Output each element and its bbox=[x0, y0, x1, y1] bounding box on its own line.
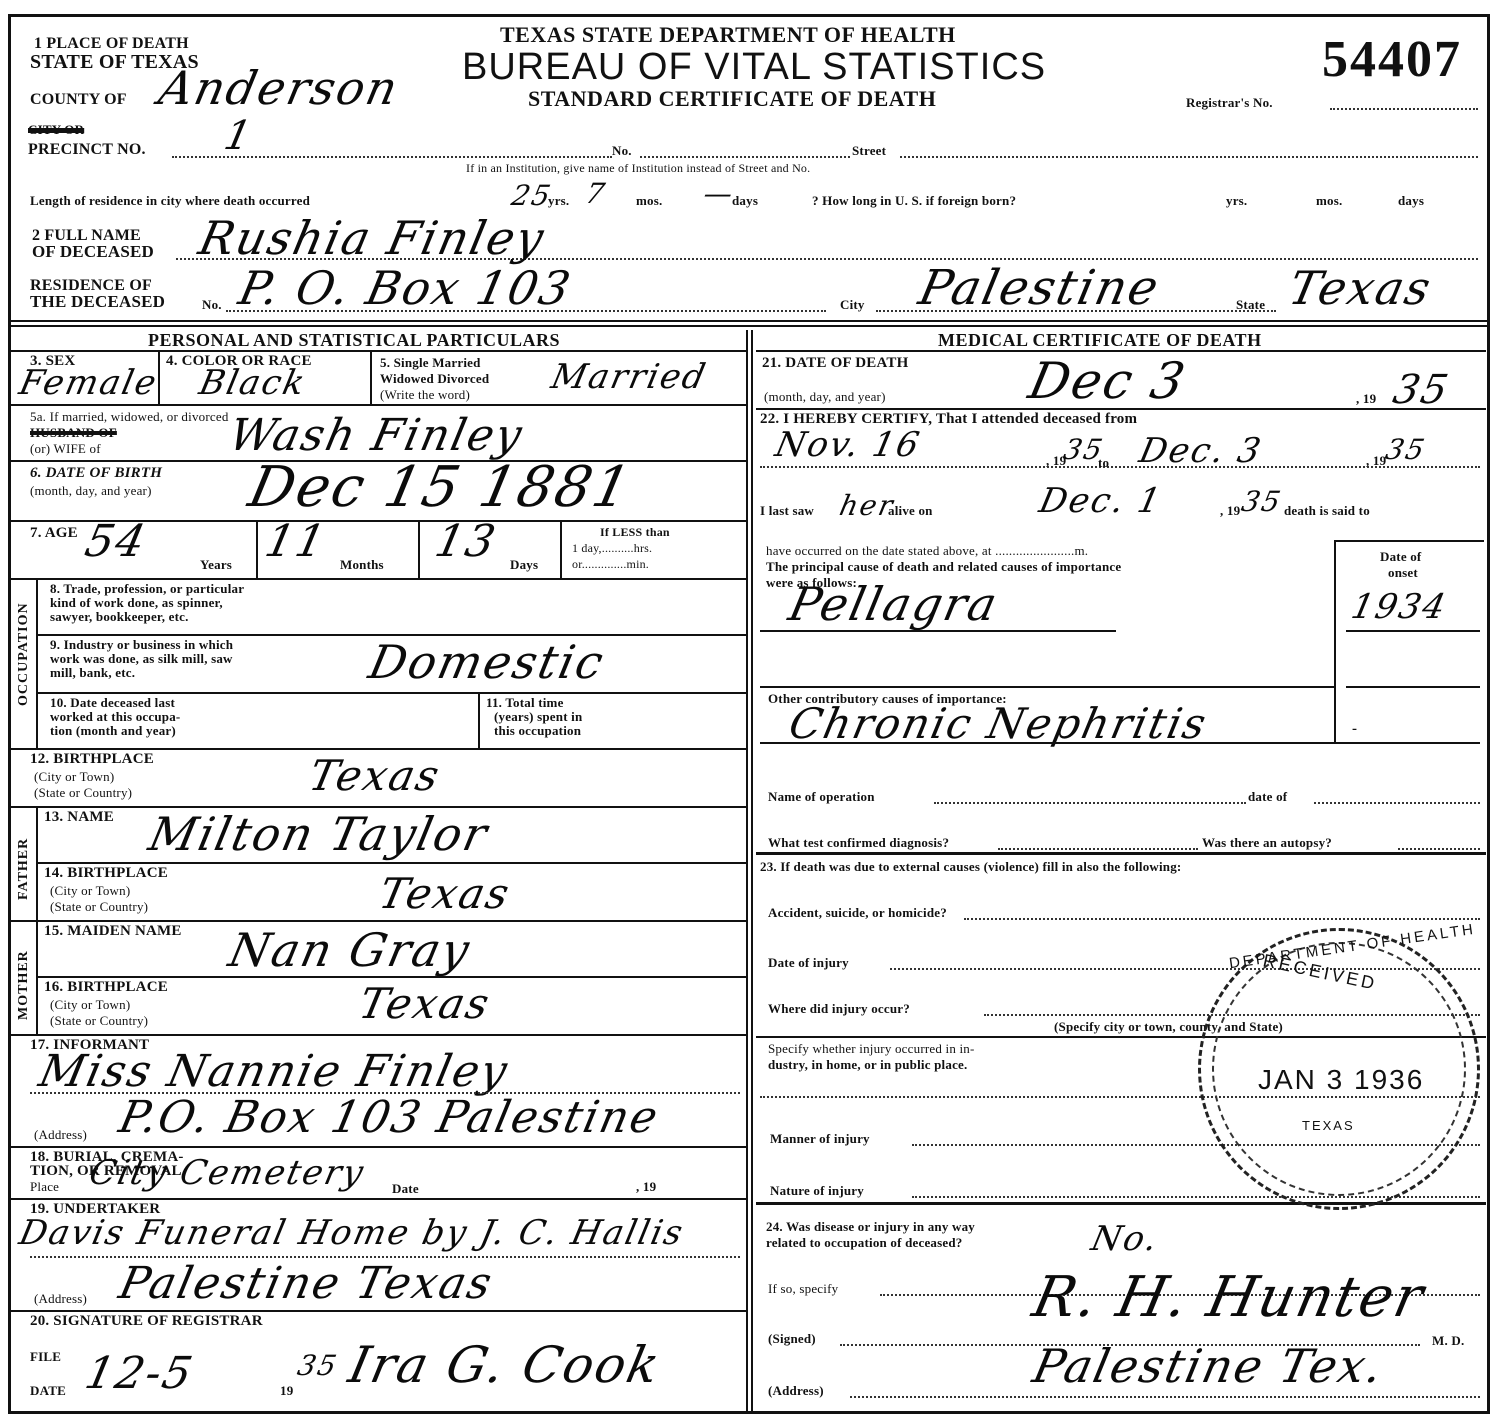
industry-value: Domestic bbox=[366, 642, 608, 682]
institution-note: If in an Institution, give name of Insti… bbox=[466, 162, 810, 174]
attended-to-value: Dec. 3 bbox=[1136, 434, 1265, 468]
father-side-label: FATHER bbox=[16, 838, 32, 900]
precinct-struck-label: CITY OR bbox=[28, 122, 84, 137]
father-name-value: Milton Taylor bbox=[146, 814, 492, 854]
last-saw-date: Dec. 1 bbox=[1036, 484, 1165, 518]
medical-section-title: MEDICAL CERTIFICATE OF DEATH bbox=[938, 330, 1262, 351]
date-of-death-value: Dec 3 bbox=[1025, 356, 1191, 406]
certificate-number: 54407 bbox=[1322, 30, 1462, 89]
registrars-no-label: Registrar's No. bbox=[1186, 96, 1273, 110]
informant-address-value: P.O. Box 103 Palestine bbox=[116, 1098, 663, 1138]
place-of-death-label: 1 PLACE OF DEATH bbox=[34, 36, 189, 51]
decedent-name-value: Rushia Finley bbox=[196, 218, 549, 258]
precinct-label: PRECINCT NO. bbox=[28, 142, 146, 157]
department-title: TEXAS STATE DEPARTMENT OF HEALTH bbox=[500, 22, 956, 48]
residence-value: P. O. Box 103 bbox=[236, 268, 576, 308]
undertaker-address-value: Palestine Texas bbox=[116, 1264, 497, 1304]
spouse-value: Wash Finley bbox=[226, 416, 527, 456]
registrar-signature: Ira G. Cook bbox=[345, 1340, 666, 1390]
bureau-title: BUREAU OF VITAL STATISTICS bbox=[462, 46, 1046, 89]
city-value: Palestine bbox=[916, 268, 1164, 308]
physician-signature: R. H. Hunter bbox=[1028, 1270, 1429, 1326]
mother-side-label: MOTHER bbox=[16, 950, 32, 1020]
sex-value: Female bbox=[16, 366, 161, 400]
attended-from-value: Nov. 16 bbox=[772, 428, 924, 462]
mother-birthplace-value: Texas bbox=[356, 984, 494, 1024]
onset-value: 1934 bbox=[1348, 590, 1450, 624]
principal-cause-value: Pellagra bbox=[786, 584, 1002, 624]
personal-section-title: PERSONAL AND STATISTICAL PARTICULARS bbox=[148, 330, 560, 351]
age-years-value: 54 bbox=[82, 522, 151, 562]
burial-place-value: City Cemetery bbox=[86, 1156, 368, 1190]
date-of-birth-value: Dec 15 1881 bbox=[244, 460, 637, 516]
file-year-value: 35 bbox=[295, 1352, 341, 1380]
age-days-value: 13 bbox=[432, 522, 501, 562]
last-saw-year: 35 bbox=[1239, 488, 1285, 516]
occupation-side-label: OCCUPATION bbox=[16, 602, 32, 706]
street-label: Street bbox=[852, 144, 886, 158]
race-value: Black bbox=[196, 366, 309, 400]
informant-name-value: Miss Nannie Finley bbox=[36, 1052, 512, 1092]
foreign-born-label: ? How long in U. S. if foreign born? bbox=[812, 194, 1016, 208]
street-no-label: No. bbox=[612, 144, 632, 158]
occupation-related-value: No. bbox=[1088, 1222, 1162, 1256]
state-value: Texas bbox=[1286, 268, 1436, 308]
father-birthplace-value: Texas bbox=[376, 874, 514, 914]
age-months-value: 11 bbox=[262, 522, 331, 562]
county-value: Anderson bbox=[156, 68, 403, 108]
attended-to-year: 35 bbox=[1383, 436, 1429, 464]
full-name-label-1: 2 FULL NAME bbox=[32, 228, 141, 243]
county-label: COUNTY OF bbox=[30, 92, 127, 107]
file-date-value: 12-5 bbox=[82, 1354, 197, 1394]
full-name-label-2: OF DECEASED bbox=[32, 244, 154, 259]
undertaker-name-value: Davis Funeral Home by J. C. Hallis bbox=[16, 1216, 687, 1250]
residence-length-label: Length of residence in city where death … bbox=[30, 194, 310, 208]
contributory-cause-value: Chronic Nephritis bbox=[786, 704, 1211, 744]
birthplace-value: Texas bbox=[306, 756, 444, 796]
registrars-no-field bbox=[1330, 108, 1478, 110]
marital-status-value: Married bbox=[548, 360, 710, 394]
form-title: STANDARD CERTIFICATE OF DEATH bbox=[528, 86, 936, 112]
column-divider bbox=[746, 330, 753, 1414]
contributory-onset-value: - bbox=[1352, 722, 1357, 737]
stamp-state: TEXAS bbox=[1302, 1118, 1355, 1133]
physician-address-value: Palestine Tex. bbox=[1030, 1346, 1388, 1386]
mother-maiden-value: Nan Gray bbox=[226, 930, 475, 970]
date-of-death-year: 35 bbox=[1390, 370, 1453, 410]
stamp-date: JAN 3 1936 bbox=[1258, 1064, 1424, 1096]
